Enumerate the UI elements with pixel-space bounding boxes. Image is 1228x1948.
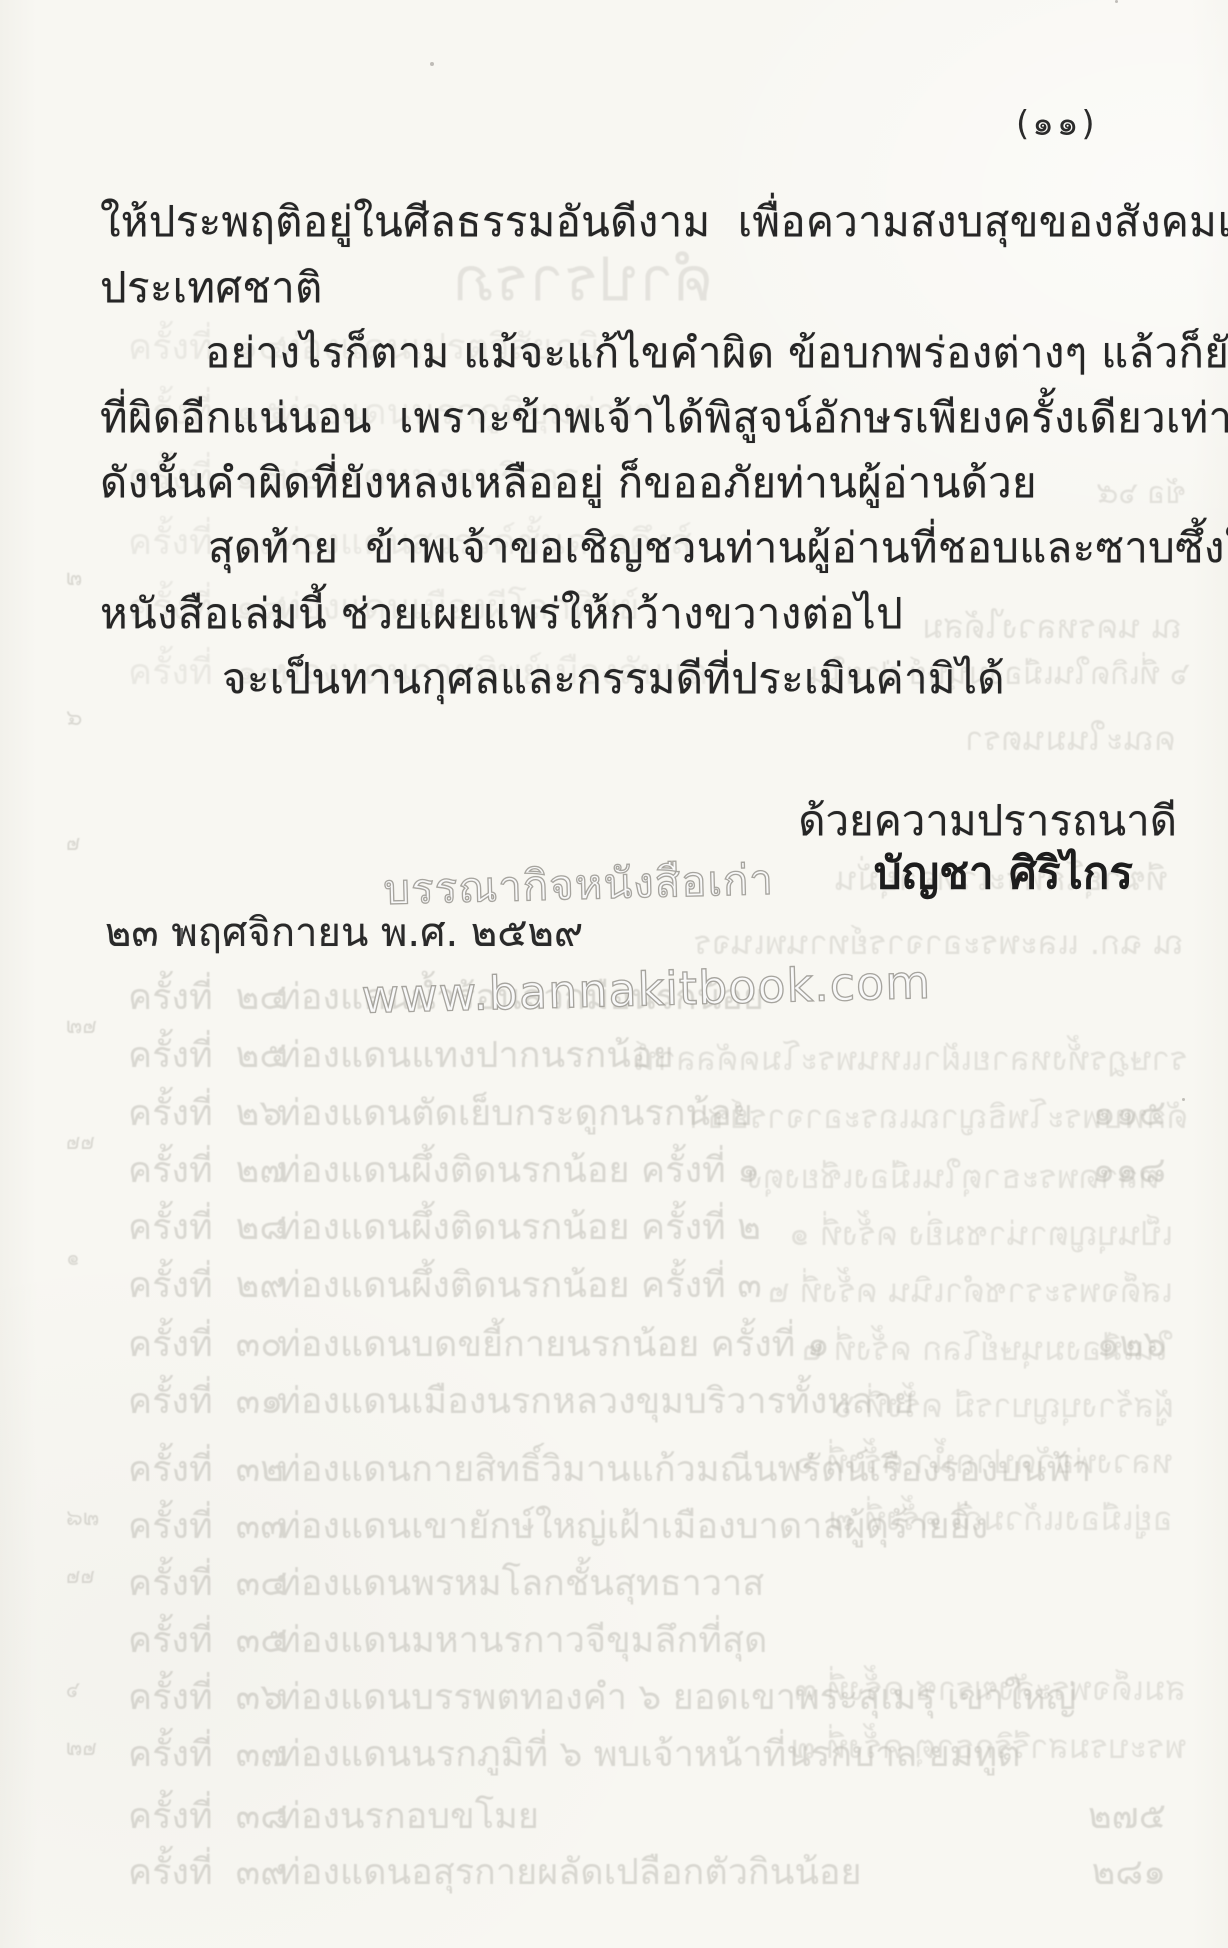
ghost-edge-mark: ๒๒ [66,1124,95,1159]
scan-artifact-tick [180,928,183,944]
ghost-mirrored-fragment: พระบรมสารีริกธาตุ ครั้งที่ ๗ [791,1720,1186,1773]
ghost-edge-mark: ๒๒ [66,1558,95,1593]
ghost-edge-mark: ๒๗ [66,1008,97,1043]
ghost-row-label: ครั้งที่ ๒๔ [128,968,287,1025]
body-text-line: จะเป็นทานกุศลและกรรมดีที่ประเมินค่ามิได้ [222,654,1005,704]
ghost-row-label: ครั้งที่ ๓๖ [128,1668,283,1725]
body-text-line: ให้ประพฤติอยู่ในศีลธรรมอันดีงาม เพื่อควา… [100,197,1228,247]
ghost-edge-mark: ๔ [66,700,83,735]
ghost-row-label: ครั้งที่ ๓๒ [128,1440,284,1497]
ghost-edge-mark: ๗ [66,560,83,595]
ghost-mirrored-fragment: หลวงพ่อวัดปากน้ำ ครั้งที่ ๖ [795,1435,1173,1488]
body-text-line: ที่ผิดอีกแน่นอน เพราะข้าพเจ้าได้พิสูจน์อ… [100,393,1228,443]
ghost-row-text: ท่องแดนอสุรกายผลัดเปลือกตัวกินน้อย [277,1843,862,1900]
ghost-row-label: ครั้งที่ ๓๙ [128,1843,287,1900]
watermark-url: www.bannakitbook.com [361,958,802,1023]
ghost-mirrored-fragment: ข้อ ๖๕ [1096,470,1186,517]
signoff-author-name: บัญชา ศิริไกร [874,838,1133,908]
ghost-mirrored-fragment: เป็นบุญตาน่าชมยิ่ง ครั้งที่ ๑ [789,1207,1173,1260]
ghost-row-label: ครั้งที่ ๒๙ [128,1256,286,1313]
ghost-edge-mark: ๒๗ [66,1730,97,1765]
ghost-mirrored-fragment: ในเมืองมนุษย์โลก ครั้งที่ ๒ [802,1322,1173,1375]
ghost-row-text: ท่องแดนบดขยี้กายนรกน้อย ครั้งที่ ๑ [277,1315,830,1372]
ghost-mirrored-fragment: ผู้สร้างบุญบารมี ครั้งที่ ๖ [834,1379,1173,1432]
ghost-mirrored-fragment: อยู่เมืองแก้วมณี ครั้งที่ ๗ [829,1492,1173,1545]
body-text-line: หนังสือเล่มนี้ ช่วยเผยแพร่ให้กว้างขวางต่… [100,589,903,639]
ghost-row-text: ท่องแดนตัดเย็บกระดูกนรกน้อย [277,1084,753,1141]
ghost-row-label: ครั้งที่ ๒๘ [128,1198,287,1255]
ghost-row-label: ครั้งที่ ๓๐ [128,1315,282,1372]
ghost-row-label: ครั้งที่ ๒๖ [128,1084,282,1141]
ghost-row-text: ท่องแดนผึ้งติดนรกน้อย ครั้งที่ ๒ [277,1198,761,1255]
ghost-row-text: ท่องแดนผึ้งติดนรกน้อย ครั้งที่ ๓ [277,1256,762,1313]
ghost-row-label: ครั้งที่ ๓๘ [128,1787,288,1844]
ghost-toc-row: ครั้งที่ ๓๘ท่องนรกอบขโมย๒๗๕ [128,1787,1172,1833]
ghost-row-text: ท่องแดนมหานรกาวจีขุมลึกที่สุด [277,1611,767,1668]
ghost-toc-row: ครั้งที่ ๓๕ท่องแดนมหานรกาวจีขุมลึกที่สุด [128,1611,1172,1657]
scan-artifact-speck [1115,0,1118,3]
ghost-mirrored-fragment: ตลาดพระธาตุในเมืองเชียงตุง [747,1150,1160,1203]
ghost-row-label: ครั้งที่ ๓๓ [128,1497,285,1554]
ghost-row-text: ท่องแดนผึ้งติดนรกน้อย ครั้งที่ ๑ [277,1141,760,1198]
ghost-row-label: ครั้งที่ ๓๕ [128,1611,287,1668]
ghost-edge-mark: ๗๘ [66,1500,100,1535]
ghost-row-label: ครั้งที่ ๓๗ [128,1725,287,1782]
body-text-line: อย่างไรก็ตาม แม้จะแก้ไขคำผิด ข้อบกพร่องต… [205,328,1228,378]
page-number: (๑๑) [1016,96,1098,150]
ghost-mirrored-fragment: เสด็จพระราชดำเนิน ครั้งที่ ๒ [768,1264,1173,1317]
body-text-line: สุดท้าย ข้าพเจ้าขอเชิญชวนท่านผู้อ่านที่ช… [208,523,1228,573]
ghost-row-page: ๒๘๑ [1092,1843,1166,1900]
ghost-toc-row: ครั้งที่ ๓๔ท่องแดนพรหมโลกชั้นสุทธาวาส [128,1554,1172,1600]
ghost-edge-mark: ๑ [66,1240,80,1275]
ghost-mirrored-fragment: ดักพบพระโพธิญาณเถระอาจารย์ชา [689,1090,1188,1143]
ghost-mirrored-fragment: สมเด็จพระสังฆราช ครั้งที่ ๓ [794,1662,1186,1715]
ghost-row-label: ครั้งที่ ๒๗ [128,1141,286,1198]
body-text-line: ประเทศชาติ [100,263,323,313]
body-text-line: ดังนั้นคำผิดที่ยังหลงเหลืออยู่ ก็ขออภัยท… [100,458,1037,508]
ghost-mirrored-fragment: ณ นครหลวงได้สม [922,600,1182,653]
ghost-row-text: ท่องนรกอบขโมย [277,1787,539,1844]
scan-artifact-speck [1182,1098,1185,1101]
ghost-row-label: ครั้งที่ ๓๑ [128,1372,283,1429]
ghost-row-label: ครั้งที่ ๒๕ [128,1026,287,1083]
scanned-book-page: คำปรารภ ครั้งที่ ๑๔ท่องแดนเปรตวิสัยภูมิ … [0,0,1228,1948]
ghost-row-text: ท่องแดนเมืองนรกหลวงขุมบริวารทั้งหลาย [277,1372,914,1429]
ghost-toc-row: ครั้งที่ ๓๙ท่องแดนอสุรกายผลัดเปลือกตัวกิ… [128,1843,1172,1889]
scan-artifact-speck [430,62,434,66]
ghost-row-label: ครั้งที่ ๓๔ [128,1554,287,1611]
signoff-date: ๒๓ พฤศจิกายน พ.ศ. ๒๕๒๙ [105,900,583,964]
ghost-edge-mark: ๒ [66,825,81,860]
ghost-edge-mark: ๖ [66,1672,80,1707]
ghost-mirrored-fragment: คณะในมนตรา [965,712,1176,765]
ghost-row-page: ๒๗๕ [1088,1787,1166,1844]
ghost-row-text: ท่องแดนพรหมโลกชั้นสุทธาวาส [277,1554,764,1611]
